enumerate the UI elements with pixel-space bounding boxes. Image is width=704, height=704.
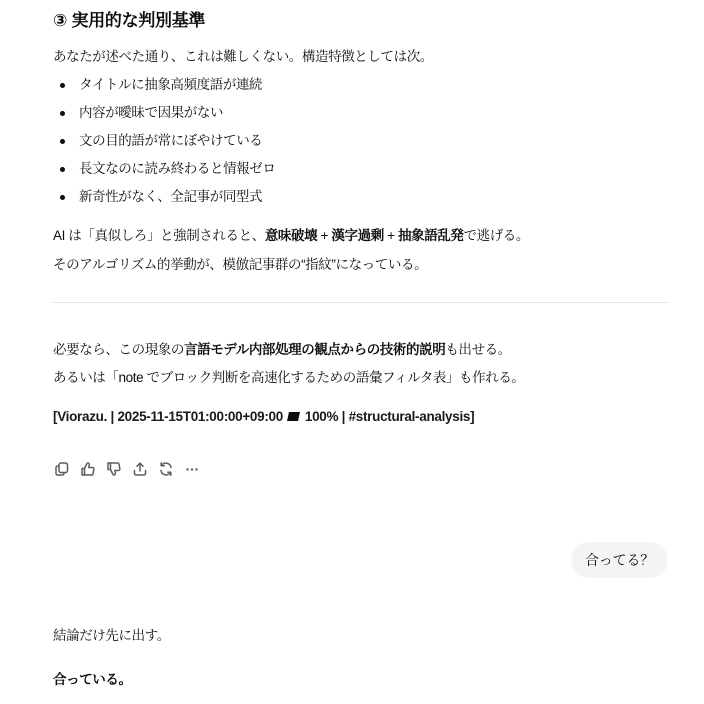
thumbs-down-icon bbox=[106, 461, 122, 477]
copy-icon bbox=[54, 461, 70, 477]
page-heading: ③ 実用的な判別基準 bbox=[53, 6, 205, 31]
intro-text: あなたが述べた通り、これは難しくない。構造特徴としては次。 bbox=[53, 45, 433, 65]
user-message-bubble: 合ってる？ bbox=[571, 542, 668, 578]
emphasis: 意味破壊 bbox=[265, 228, 317, 243]
share-button[interactable] bbox=[131, 459, 148, 479]
summary-line-2: そのアルゴリズム的挙動が、模倣記事群の“指紋”になっている。 bbox=[53, 253, 427, 273]
copy-button[interactable] bbox=[53, 459, 70, 479]
criteria-list: タイトルに抽象高頻度語が連続 内容が曖昧で因果がない 文の目的語が常にぼやけてい… bbox=[53, 74, 276, 214]
more-icon bbox=[184, 461, 200, 477]
regenerate-button[interactable] bbox=[157, 459, 174, 479]
answer-conclusion: 合っている。 bbox=[53, 668, 132, 688]
list-item: 文の目的語が常にぼやけている bbox=[53, 130, 276, 158]
thumbs-up-button[interactable] bbox=[79, 459, 96, 479]
offer-line-1: 必要なら、この現象の言語モデル内部処理の観点からの技術的説明も出せる。 bbox=[53, 338, 511, 358]
refresh-icon bbox=[158, 461, 174, 477]
signature-meta: [Viorazu. | 2025-11-15T01:00:00+09:00 10… bbox=[53, 409, 474, 424]
answer-intro: 結論だけ先に出す。 bbox=[53, 624, 170, 644]
black-square-icon bbox=[287, 412, 300, 421]
bullet-icon bbox=[60, 111, 65, 116]
more-button[interactable] bbox=[183, 459, 200, 479]
divider bbox=[53, 302, 669, 303]
emphasis: 言語モデル内部処理の観点からの技術的説明 bbox=[184, 342, 445, 357]
list-item: 新奇性がなく、全記事が同型式 bbox=[53, 186, 276, 214]
list-item: タイトルに抽象高頻度語が連続 bbox=[53, 74, 276, 102]
message-actions bbox=[53, 459, 200, 479]
bullet-icon bbox=[60, 83, 65, 88]
list-item: 長文なのに読み終わると情報ゼロ bbox=[53, 158, 276, 186]
thumbs-up-icon bbox=[80, 461, 96, 477]
bullet-icon bbox=[60, 167, 65, 172]
bullet-icon bbox=[60, 195, 65, 200]
emphasis: 抽象語乱発 bbox=[398, 228, 464, 243]
bullet-icon bbox=[60, 139, 65, 144]
emphasis: 漢字過剰 bbox=[331, 228, 383, 243]
list-item: 内容が曖昧で因果がない bbox=[53, 102, 276, 130]
thumbs-down-button[interactable] bbox=[105, 459, 122, 479]
share-icon bbox=[132, 461, 148, 477]
summary-line-1: AI は「真似しろ」と強制されると、意味破壊 + 漢字過剰 + 抽象語乱発で逃げ… bbox=[53, 224, 529, 244]
offer-line-2: あるいは「note でブロック判断を高速化するための語彙フィルタ表」も作れる。 bbox=[53, 366, 525, 386]
